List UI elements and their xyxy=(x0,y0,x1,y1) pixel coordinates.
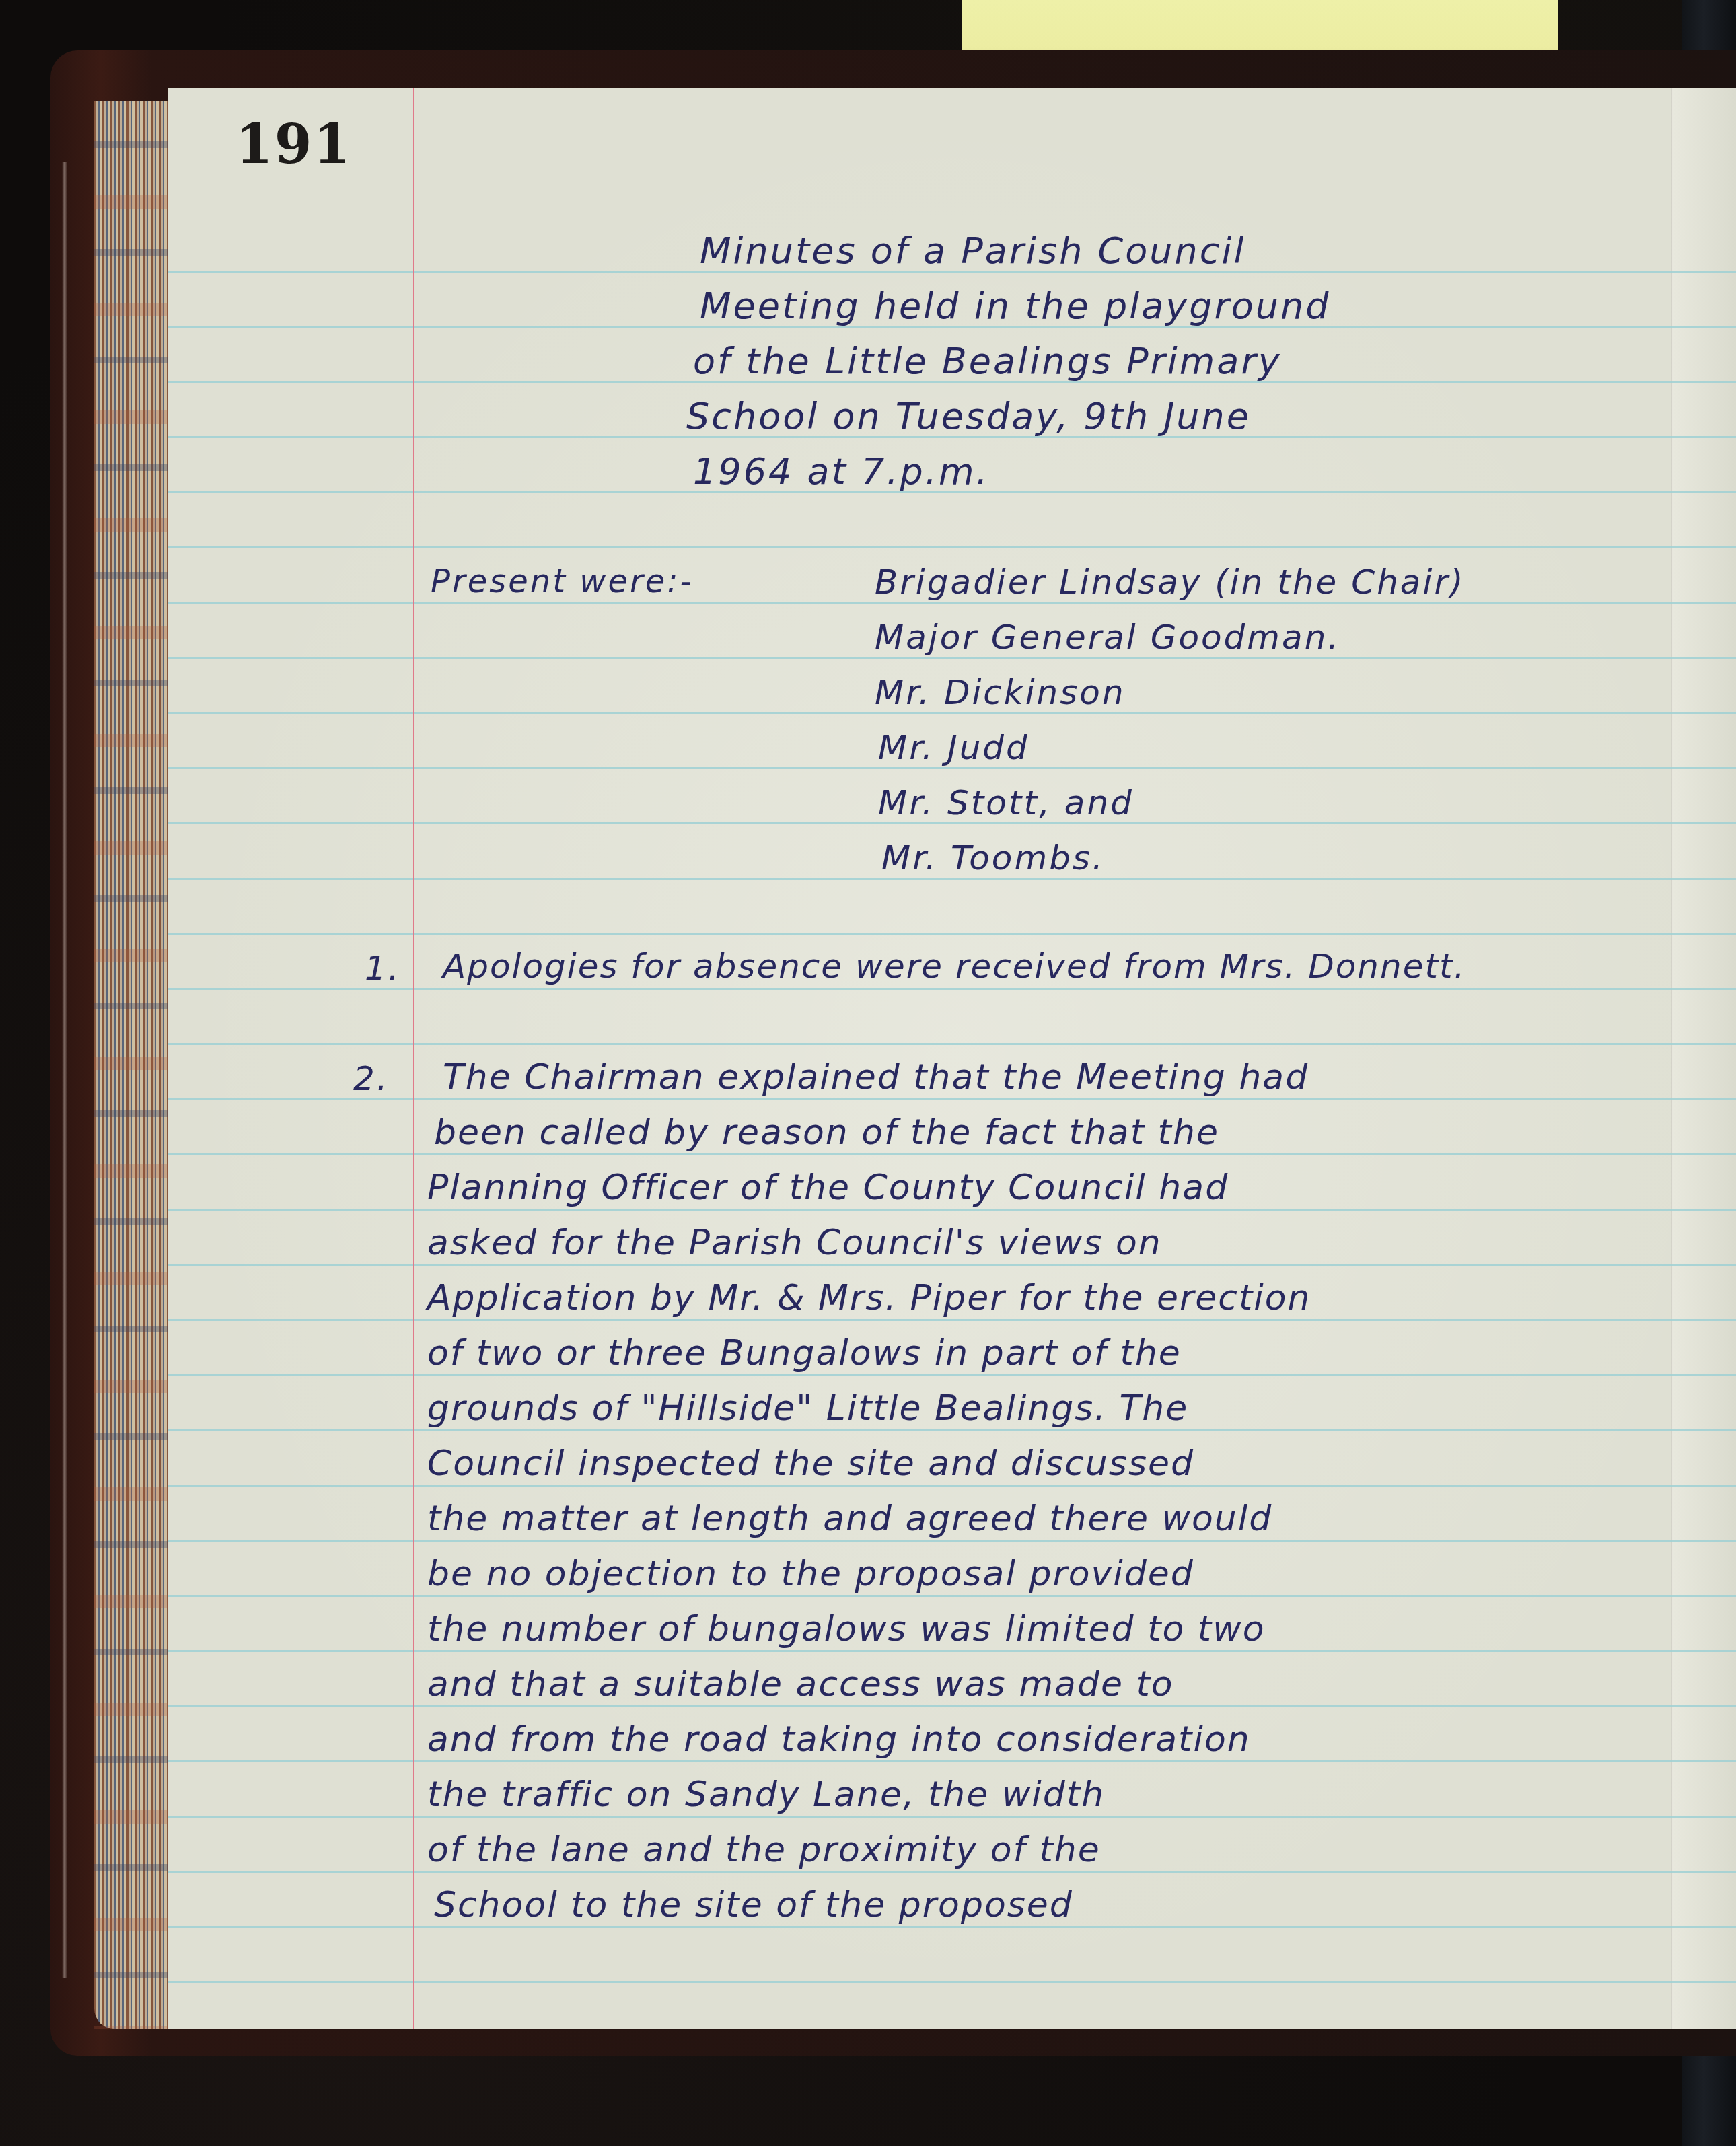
item-number: 2. xyxy=(353,1062,390,1096)
ruled-line xyxy=(168,1871,1736,1873)
ruled-line xyxy=(168,657,1736,659)
ruled-line xyxy=(168,878,1736,880)
ruled-line xyxy=(168,1540,1736,1542)
ruled-line xyxy=(168,1319,1736,1321)
heading-line: of the Little Bealings Primary xyxy=(693,343,1282,380)
ruled-line xyxy=(168,1760,1736,1762)
item-line: the traffic on Sandy Lane, the width xyxy=(427,1777,1105,1812)
ruled-line xyxy=(168,1264,1736,1266)
page-edge-stack xyxy=(94,101,172,2029)
ruled-line xyxy=(168,602,1736,604)
item-number: 1. xyxy=(365,952,401,985)
item-line: School to the site of the proposed xyxy=(434,1888,1073,1923)
ruled-line xyxy=(168,1485,1736,1487)
attendance-member: Major General Goodman. xyxy=(875,620,1340,654)
ruled-line xyxy=(168,712,1736,714)
ruled-line xyxy=(168,822,1736,824)
attendance-member: Mr. Toombs. xyxy=(881,841,1105,875)
attendance-label: Present were:- xyxy=(431,565,694,598)
heading-line: 1964 at 7.p.m. xyxy=(693,454,990,490)
item-line: asked for the Parish Council's views on xyxy=(427,1225,1162,1260)
item-line: Application by Mr. & Mrs. Piper for the … xyxy=(427,1281,1311,1316)
ruled-line xyxy=(168,1816,1736,1818)
item-line: Apologies for absence were received from… xyxy=(443,950,1466,983)
page-number: 191 xyxy=(236,112,352,176)
heading-line: Meeting held in the playground xyxy=(700,288,1331,324)
ruled-line xyxy=(168,1429,1736,1431)
item-line: of the lane and the proximity of the xyxy=(427,1832,1101,1867)
ruled-line xyxy=(168,1153,1736,1155)
item-line: the number of bungalows was limited to t… xyxy=(427,1612,1266,1647)
item-line: and from the road taking into considerat… xyxy=(427,1722,1251,1757)
ruled-line xyxy=(168,1209,1736,1211)
item-line: The Chairman explained that the Meeting … xyxy=(443,1060,1309,1095)
page-gutter-fold xyxy=(1671,88,1673,2029)
spine-highlight xyxy=(62,162,67,1978)
item-line: grounds of "Hillside" Little Bealings. T… xyxy=(427,1391,1188,1426)
ruled-line xyxy=(168,1981,1736,1983)
item-line: the matter at length and agreed there wo… xyxy=(427,1501,1272,1536)
attendance-member: Mr. Stott, and xyxy=(878,786,1134,820)
ruled-line xyxy=(168,1595,1736,1597)
attendance-member: Mr. Judd xyxy=(878,731,1029,764)
item-line: Council inspected the site and discussed xyxy=(427,1446,1194,1481)
heading-line: Minutes of a Parish Council xyxy=(700,233,1245,269)
ruled-line xyxy=(168,767,1736,769)
ruled-line xyxy=(168,1650,1736,1652)
item-line: Planning Officer of the County Council h… xyxy=(427,1170,1229,1205)
ruled-line xyxy=(168,1374,1736,1376)
ruled-line xyxy=(168,1705,1736,1707)
ruled-line xyxy=(168,1926,1736,1928)
ledger-page: 191 Minutes of a Parish Council Meeting … xyxy=(168,88,1736,2029)
item-line: been called by reason of the fact that t… xyxy=(434,1115,1219,1150)
margin-line xyxy=(413,88,414,2029)
item-line: of two or three Bungalows in part of the xyxy=(427,1336,1182,1371)
item-line: and that a suitable access was made to xyxy=(427,1667,1174,1702)
attendance-member: Mr. Dickinson xyxy=(875,676,1126,709)
ruled-line xyxy=(168,1098,1736,1100)
attendance-member: Brigadier Lindsay (in the Chair) xyxy=(875,565,1465,599)
item-line: be no objection to the proposal provided xyxy=(427,1557,1194,1591)
ruled-line xyxy=(168,933,1736,935)
heading-line: School on Tuesday, 9th June xyxy=(686,398,1251,435)
ruled-line xyxy=(168,1043,1736,1045)
facing-page-strip xyxy=(1673,88,1736,2029)
ruled-line xyxy=(168,988,1736,990)
ruled-line xyxy=(168,546,1736,548)
